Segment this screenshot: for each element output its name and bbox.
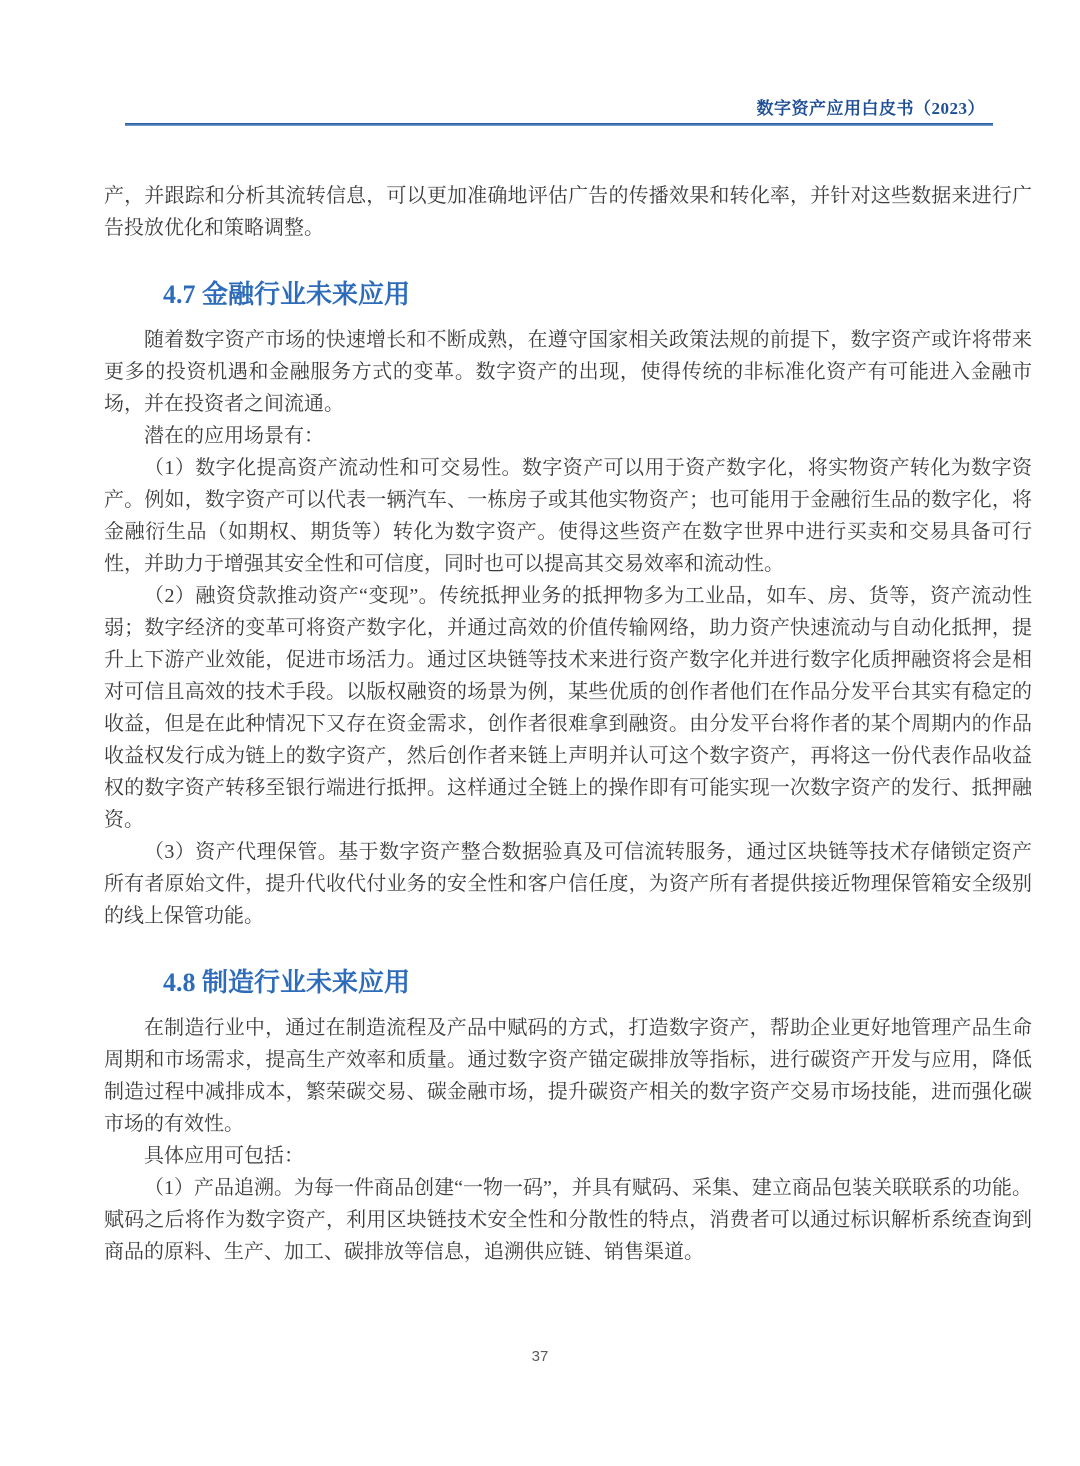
body-paragraph: 随着数字资产市场的快速增长和不断成熟，在遵守国家相关政策法规的前提下，数字资产或… (104, 324, 1032, 420)
page-number: 37 (0, 1348, 1080, 1365)
header-title: 数字资产应用白皮书（2023） (757, 94, 986, 119)
body-paragraph: （3）资产代理保管。基于数字资产整合数据验真及可信流转服务，通过区块链等技术存储… (104, 836, 1032, 932)
continuation-paragraph: 产，并跟踪和分析其流转信息，可以更加准确地评估广告的传播效果和转化率，并针对这些… (104, 180, 1032, 244)
document-body: 产，并跟踪和分析其流转信息，可以更加准确地评估广告的传播效果和转化率，并针对这些… (104, 180, 1032, 1268)
body-paragraph: 在制造行业中，通过在制造流程及产品中赋码的方式，打造数字资产，帮助企业更好地管理… (104, 1012, 1032, 1140)
body-paragraph: 具体应用可包括： (104, 1140, 1032, 1172)
section-heading-4-7: 4.7 金融行业未来应用 (163, 278, 1032, 312)
body-paragraph: （1）产品追溯。为每一件商品创建“一物一码”，并具有赋码、采集、建立商品包装关联… (104, 1172, 1032, 1268)
body-paragraph: （1）数字化提高资产流动性和可交易性。数字资产可以用于资产数字化，将实物资产转化… (104, 452, 1032, 580)
document-page: 数字资产应用白皮书（2023） 产，并跟踪和分析其流转信息，可以更加准确地评估广… (0, 0, 1080, 1466)
body-paragraph: 潜在的应用场景有： (104, 420, 1032, 452)
body-paragraph: （2）融资贷款推动资产“变现”。传统抵押业务的抵押物多为工业品，如车、房、货等，… (104, 580, 1032, 836)
header-rule (125, 123, 993, 126)
section-heading-4-8: 4.8 制造行业未来应用 (163, 966, 1032, 1000)
